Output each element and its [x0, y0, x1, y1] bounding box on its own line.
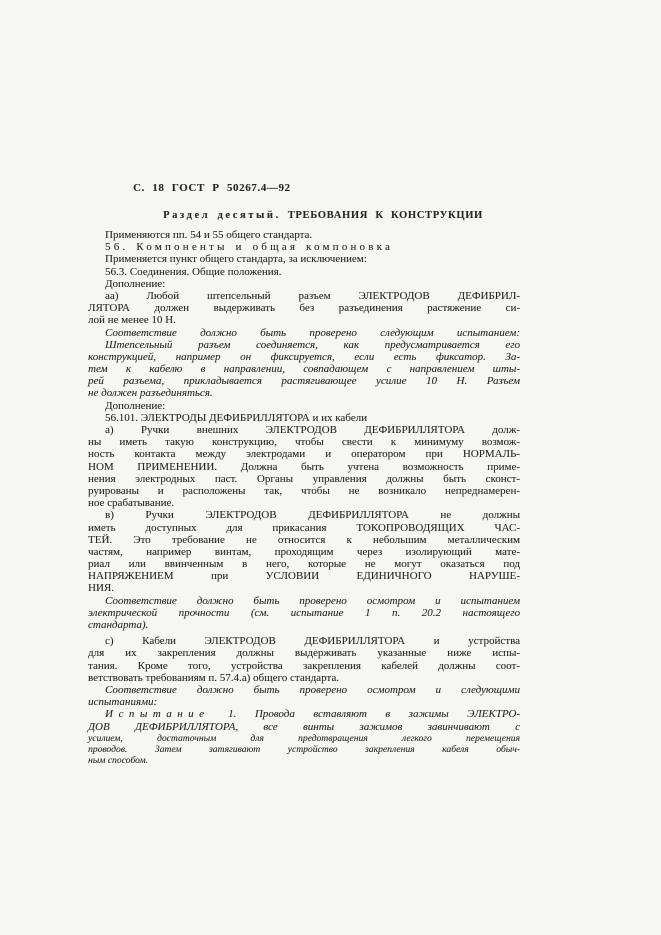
text-line: НАПРЯЖЕНИЕМ при УСЛОВИИ ЕДИНИЧНОГО НАРУШ… [88, 570, 520, 582]
text-line: Соответствие должно быть проверено осмот… [88, 595, 520, 607]
body-text: Применяются пп. 54 и 55 общего стандарта… [88, 229, 520, 767]
text-line: частям, например винтам, проходящим чере… [88, 546, 520, 558]
text-line: И с п ы т а н и е 1. Провода вставляют в… [88, 708, 520, 720]
text-line: Штепсельный разъем соединяется, как пред… [88, 339, 520, 351]
text-line: с) Кабели ЭЛЕКТРОДОВ ДЕФИБРИЛЛЯТОРА и ус… [88, 635, 520, 647]
text-line: испытаниями: [88, 696, 520, 708]
text-line: рей разъема, прикладывается растягивающе… [88, 375, 520, 387]
section-heading: Раздел десятый.ТРЕБОВАНИЯ К КОНСТРУКЦИИ [107, 205, 539, 223]
page-header: С. 18 ГОСТ Р 50267.4—92 [133, 182, 291, 194]
text-line: тем к кабелю в направлении, совпадающем … [88, 363, 520, 375]
text-line: не должен разъединяться. [88, 387, 520, 399]
text-line: Дополнение: [88, 278, 520, 290]
text-line: Применяется пункт общего стандарта, за и… [88, 253, 520, 265]
text-line: аа) Любой штепсельный разъем ЭЛЕКТРОДОВ … [88, 290, 520, 302]
text-line: ЛЯТОРА должен выдерживать без разъединен… [88, 302, 520, 314]
text-line: ТЕЙ. Это требование не относится к небол… [88, 534, 520, 546]
text-line: ное срабатывание. [88, 497, 520, 509]
text-line: усилием, достаточным для предотвращения … [88, 733, 520, 744]
text-line: риал или ввинченным в него, которые не м… [88, 558, 520, 570]
text-line: 56.3. Соединения. Общие положения. [88, 266, 520, 278]
text-line: нения электродных паст. Органы управлени… [88, 473, 520, 485]
text-line: 56. Компоненты и общая компоновка [88, 241, 520, 253]
section-heading-number: Раздел десятый. [163, 210, 281, 221]
text-line: Применяются пп. 54 и 55 общего стандарта… [88, 229, 520, 241]
text-line: Дополнение: [88, 400, 520, 412]
text-line: лой не менее 10 Н. [88, 314, 520, 326]
text-line: ность контакта между электродами и опера… [88, 448, 520, 460]
document-page: С. 18 ГОСТ Р 50267.4—92 Раздел десятый.Т… [0, 0, 661, 935]
text-line: а) Ручки внешних ЭЛЕКТРОДОВ ДЕФИБРИЛЛЯТО… [88, 424, 520, 436]
text-line: ным способом. [88, 755, 520, 766]
text-line: 56.101. ЭЛЕКТРОДЫ ДЕФИБРИЛЛЯТОРА и их ка… [88, 412, 520, 424]
text-line: НИЯ. [88, 582, 520, 594]
text-line: тания. Кроме того, устройства закреплени… [88, 660, 520, 672]
text-line: стандарта). [88, 619, 520, 631]
text-line: для их закрепления должны выдерживать ук… [88, 647, 520, 659]
text-line: ДОВ ДЕФИБРИЛЛЯТОРА, все винты зажимов за… [88, 721, 520, 733]
text-line: НОМ ПРИМЕНЕНИИ. Должна быть учтена возмо… [88, 461, 520, 473]
text-line: Соответствие должно быть проверено следу… [88, 327, 520, 339]
text-line: иметь доступных для прикасания ТОКОПРОВО… [88, 522, 520, 534]
text-line: проводов. Затем затягивают устройство за… [88, 744, 520, 755]
text-line: ветствовать требованиям п. 57.4.а) общег… [88, 672, 520, 684]
text-line: руированы и расположены так, чтобы не во… [88, 485, 520, 497]
text-line: электрической прочности (см. испытание 1… [88, 607, 520, 619]
text-line: Соответствие должно быть проверено осмот… [88, 684, 520, 696]
section-heading-title: ТРЕБОВАНИЯ К КОНСТРУКЦИИ [288, 210, 483, 221]
text-line: ны иметь такую конструкцию, чтобы свести… [88, 436, 520, 448]
text-line: конструкцией, например он фиксируется, е… [88, 351, 520, 363]
text-line: в) Ручки ЭЛЕКТРОДОВ ДЕФИБРИЛЛЯТОРА не до… [88, 509, 520, 521]
